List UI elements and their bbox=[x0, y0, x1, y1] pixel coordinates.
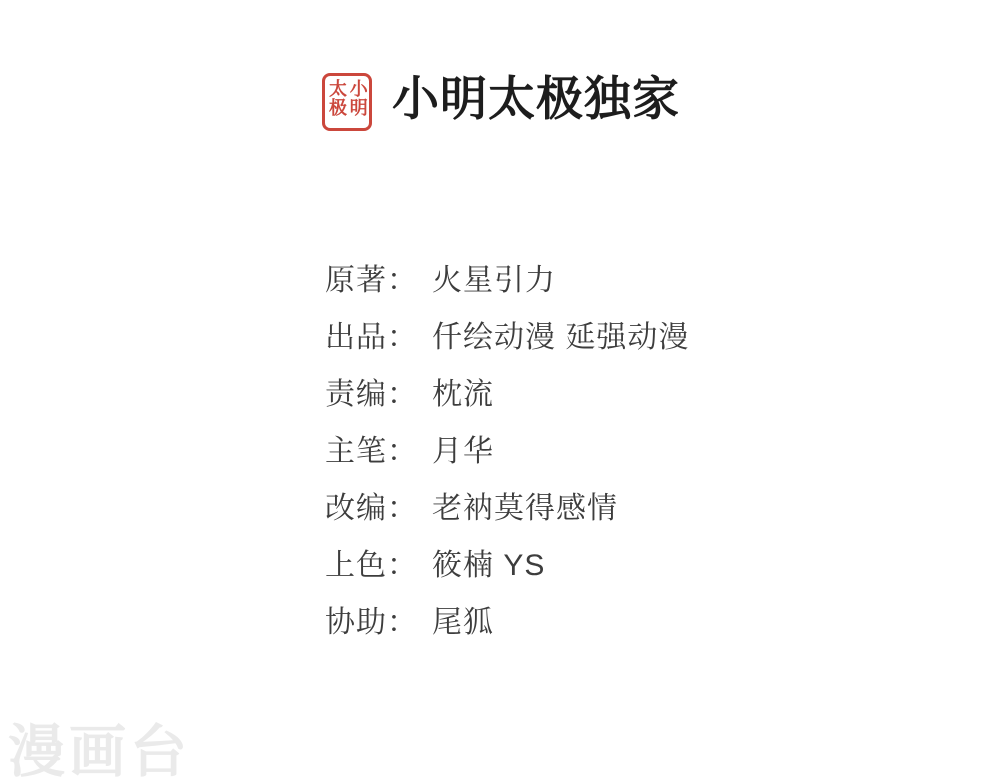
comic-credits-page: 小明太极 小明太极独家 原著： 火星引力 出品： 仟绘动漫 延强动漫 责编： 枕… bbox=[0, 0, 1000, 781]
credit-value: 火星引力 bbox=[432, 255, 556, 299]
credit-value: 枕流 bbox=[432, 369, 494, 413]
page-title: 小明太极独家 bbox=[392, 70, 680, 128]
credit-value: 月华 bbox=[432, 426, 494, 470]
credit-row-production: 出品： 仟绘动漫 延强动漫 bbox=[325, 305, 689, 362]
xiaoming-taiji-seal-stamp-icon: 小明太极 bbox=[322, 73, 372, 131]
credit-value: 尾狐 bbox=[432, 597, 494, 641]
header: 小明太极 小明太极独家 bbox=[322, 70, 680, 131]
manhuatai-watermark: 漫画台 bbox=[8, 706, 191, 781]
seal-text: 小明太极 bbox=[326, 79, 367, 125]
credit-row-editor: 责编： 枕流 bbox=[325, 362, 689, 419]
credit-row-assistance: 协助： 尾狐 bbox=[325, 590, 689, 647]
credit-row-original-author: 原著： 火星引力 bbox=[325, 248, 689, 305]
credit-label: 责编： bbox=[325, 369, 418, 413]
credits-list: 原著： 火星引力 出品： 仟绘动漫 延强动漫 责编： 枕流 主笔： 月华 改编：… bbox=[325, 248, 689, 647]
credit-value: 仟绘动漫 延强动漫 bbox=[432, 312, 689, 356]
credit-label: 出品： bbox=[325, 312, 418, 356]
credit-value: 筱楠 YS bbox=[432, 540, 545, 584]
credit-row-lead-artist: 主笔： 月华 bbox=[325, 419, 689, 476]
credit-row-coloring: 上色： 筱楠 YS bbox=[325, 533, 689, 590]
credit-value: 老衲莫得感情 bbox=[432, 483, 618, 527]
credit-row-adaptation: 改编： 老衲莫得感情 bbox=[325, 476, 689, 533]
credit-label: 主笔： bbox=[325, 426, 418, 470]
credit-label: 协助： bbox=[325, 597, 418, 641]
credit-label: 改编： bbox=[325, 483, 418, 527]
credit-label: 上色： bbox=[325, 540, 418, 584]
credit-label: 原著： bbox=[325, 255, 418, 299]
